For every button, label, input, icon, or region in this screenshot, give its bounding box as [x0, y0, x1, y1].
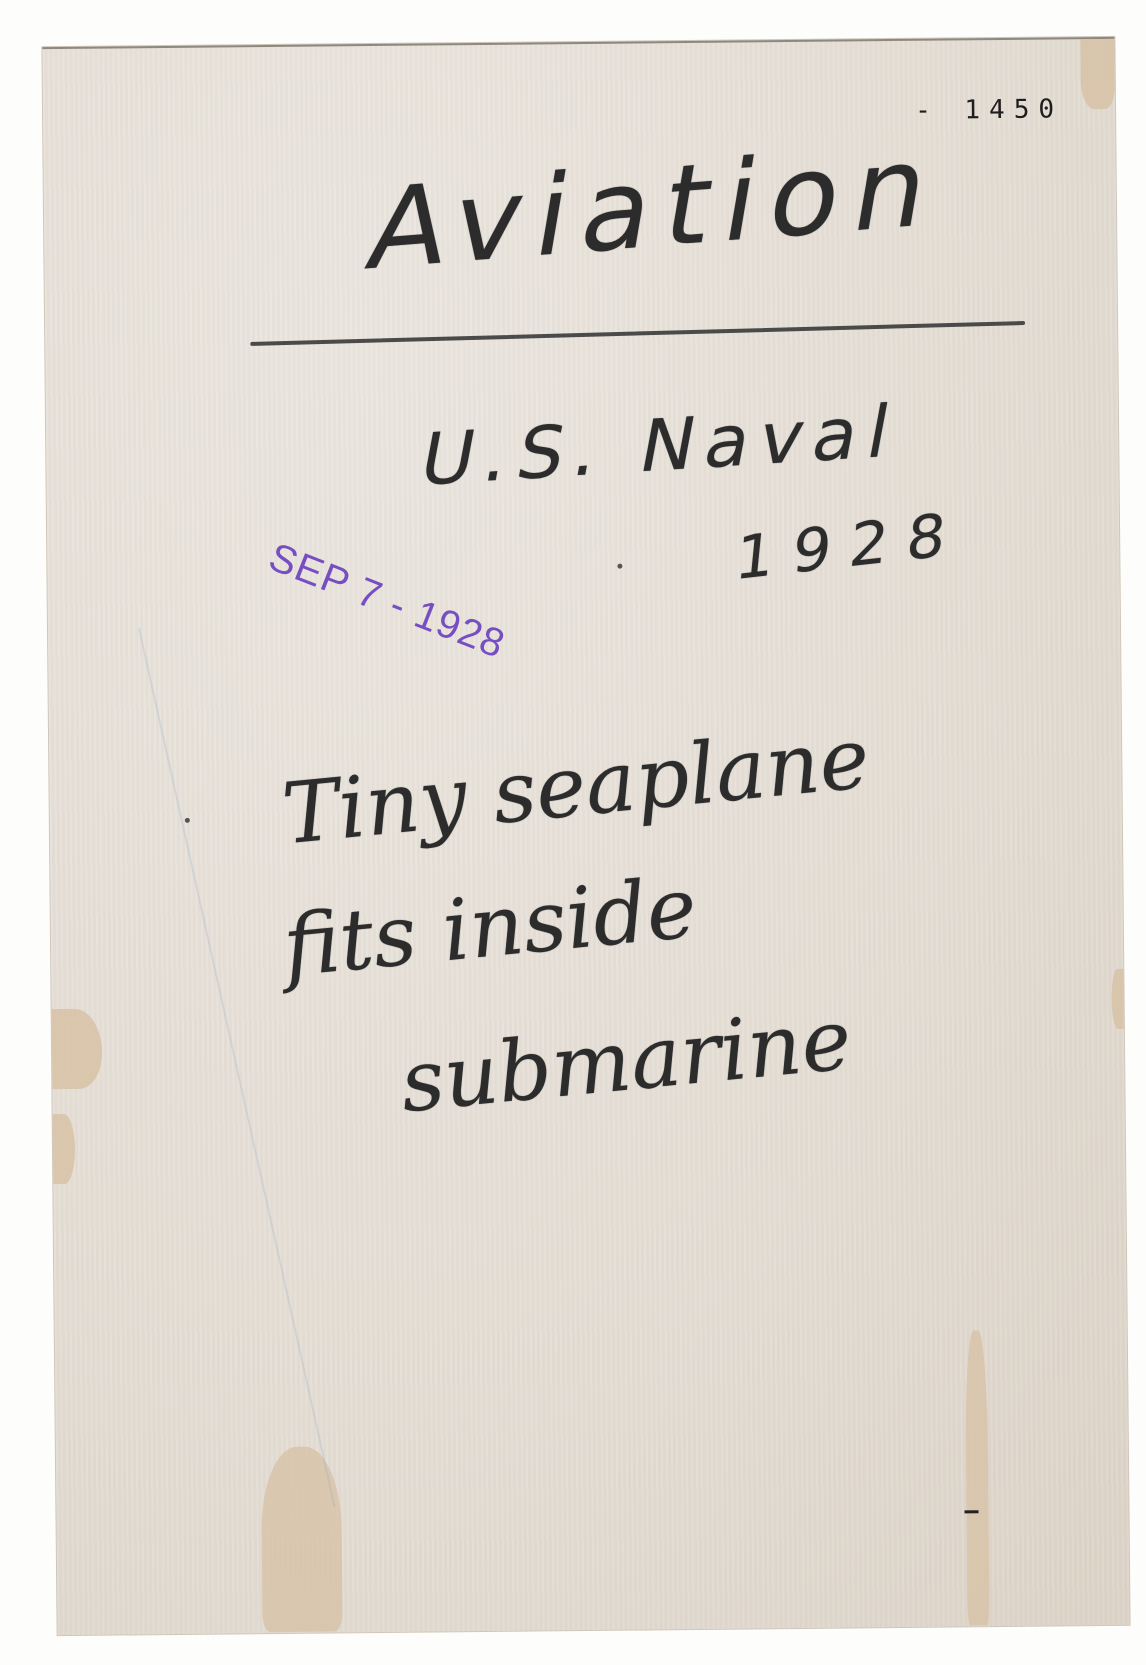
pencil-dot: [617, 564, 622, 569]
stain-right-edge: [1111, 969, 1124, 1029]
date-stamp: SEP 7 - 1928: [263, 535, 511, 668]
subheading-us-naval: U.S. Naval: [414, 389, 907, 502]
caption-line-3: submarine: [397, 997, 855, 1124]
caption-line-2: fits inside: [280, 865, 700, 989]
stain-top-right: [1080, 39, 1115, 109]
heading-aviation: Aviation: [359, 121, 952, 296]
pencil-dot: [185, 818, 190, 823]
caption-line-1: Tiny seaplane: [279, 716, 873, 857]
stain-left-upper: [52, 1009, 103, 1089]
stain-bottom-right: [965, 1330, 990, 1625]
edge-tick-mark: [964, 1510, 978, 1513]
stain-left-lower: [53, 1114, 76, 1184]
heading-underline: [250, 321, 1025, 346]
archive-card: - 1450 Aviation U.S. Naval 1928 SEP 7 - …: [42, 37, 1129, 1635]
handwritten-year: 1928: [732, 499, 967, 594]
stain-bottom-left: [261, 1446, 343, 1632]
faint-blue-line: [138, 628, 336, 1507]
